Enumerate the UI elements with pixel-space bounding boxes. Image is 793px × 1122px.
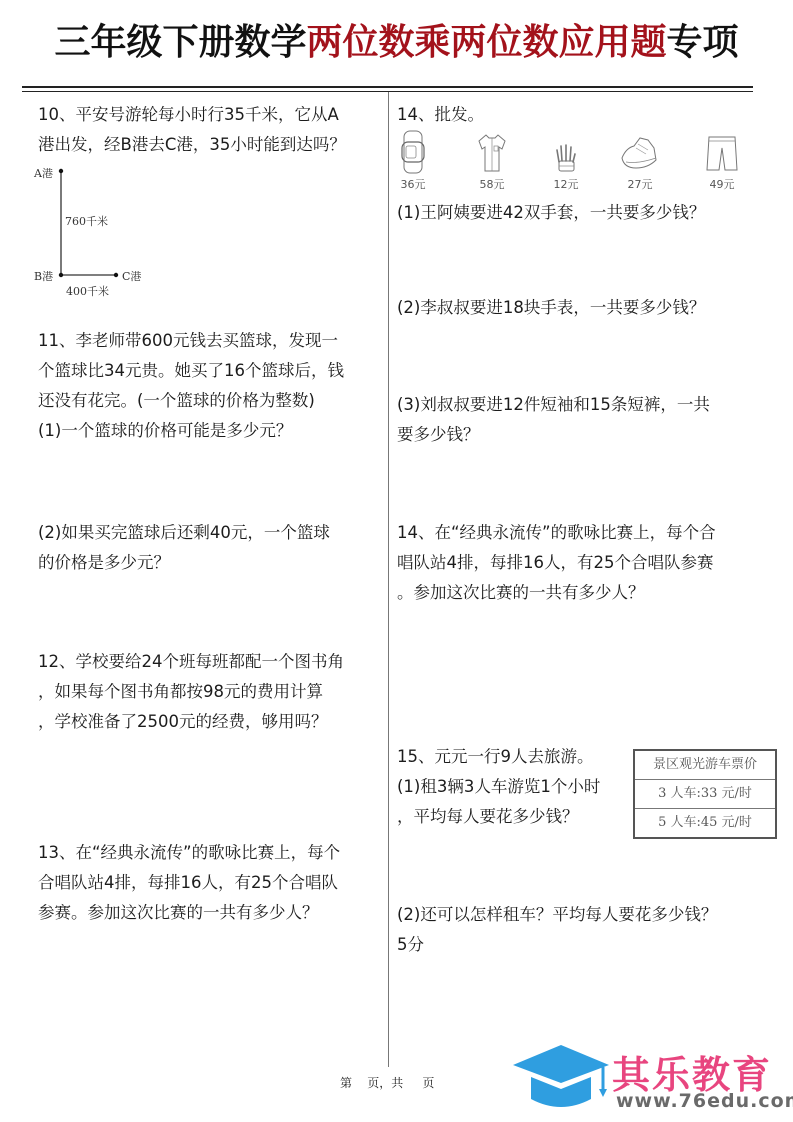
q14-sub-2: (2)李叔叔要进18块手表，一共要多少钱？ [397, 293, 705, 323]
q14-sub-1: (1)王阿姨要进42双手套，一共要多少钱？ [397, 198, 705, 228]
title-part-2-highlight: 两位数乘两位数应用题 [306, 22, 666, 63]
item-sneaker: 27元 [610, 134, 670, 192]
sneaker-icon [618, 134, 662, 174]
q11-line-3: 还没有花完。(一个篮球的价格为整数) [38, 386, 344, 416]
question-12: 12、学校要给24个班每班都配一个图书角 ，如果每个图书角都按98元的费用计算 … [38, 647, 344, 737]
question-14-heading: 14、批发。 [397, 100, 484, 130]
q14-sub-3-line-1: (3)刘叔叔要进12件短袖和15条短裤，一共 [397, 390, 710, 420]
title-part-1: 三年级下册数学 [54, 22, 306, 63]
label-c-port: C港 [122, 268, 141, 284]
price-watch: 36元 [383, 176, 443, 192]
q11-sub-2-line-2: 的价格是多少元？ [38, 548, 330, 578]
q13-line-1: 13、在“经典永流传”的歌咏比赛上，每个 [38, 838, 340, 868]
label-ab-distance: 760千米 [65, 213, 108, 229]
column-divider [388, 92, 389, 1067]
glove-icon [554, 140, 578, 174]
q11-line-1: 11、李老师带600元钱去买篮球，发现一 [38, 326, 344, 356]
q14-sub-3-line-2: 要多少钱？ [397, 420, 710, 450]
q14b-line-1: 14、在“经典永流传”的歌咏比赛上，每个合 [397, 518, 716, 548]
q14-sub-3: (3)刘叔叔要进12件短袖和15条短裤，一共 要多少钱？ [397, 390, 710, 450]
q14b-line-2: 唱队站4排，每排16人，有25个合唱队参赛 [397, 548, 716, 578]
title-part-3: 专项 [667, 22, 739, 63]
question-11-part-2: (2)如果买完篮球后还剩40元，一个篮球 的价格是多少元？ [38, 518, 330, 578]
price-shorts: 49元 [692, 176, 752, 192]
fare-table-title: 景区观光游车票价 [635, 751, 775, 780]
question-14b: 14、在“经典永流传”的歌咏比赛上，每个合 唱队站4排，每排16人，有25个合唱… [397, 518, 716, 608]
q15-sub-2: (2)还可以怎样租车？平均每人要花多少钱？ [397, 900, 717, 930]
q14b-line-3: 。参加这次比赛的一共有多少人？ [397, 578, 716, 608]
header-rule-top [22, 86, 753, 88]
q11-sub-1: (1)一个篮球的价格可能是多少元？ [38, 416, 344, 446]
label-a-port: A港 [34, 165, 53, 181]
page-number-footer: 第 页，共 页 [340, 1074, 434, 1091]
q11-sub-2-line-1: (2)如果买完篮球后还剩40元，一个篮球 [38, 518, 330, 548]
q15-heading: 15、元元一行9人去旅游。 [397, 742, 600, 772]
logo-url: www.76edu.com [616, 1090, 793, 1112]
q12-line-3: ，学校准备了2500元的经费，够用吗？ [38, 707, 344, 737]
item-shorts: 49元 [692, 134, 752, 192]
q12-line-1: 12、学校要给24个班每班都配一个图书角 [38, 647, 344, 677]
question-11: 11、李老师带600元钱去买篮球，发现一 个篮球比34元贵。她买了16个篮球后，… [38, 326, 344, 446]
question-15-part-2: (2)还可以怎样租车？平均每人要花多少钱？ 5分 [397, 900, 717, 960]
shirt-icon [475, 132, 509, 174]
label-b-port: B港 [34, 268, 53, 284]
price-sneaker: 27元 [610, 176, 670, 192]
fare-row-5-seat: 5 人车:45 元/时 [635, 809, 775, 837]
q15-sub-1-line-2: ，平均每人要花多少钱？ [397, 802, 600, 832]
watch-icon [398, 130, 428, 174]
graduation-cap-icon [511, 1043, 616, 1113]
price-shirt: 58元 [462, 176, 522, 192]
question-13: 13、在“经典永流传”的歌咏比赛上，每个 合唱队站4排，每排16人，有25个合唱… [38, 838, 340, 928]
item-watch: 36元 [383, 130, 443, 192]
page-title: 三年级下册数学两位数乘两位数应用题专项 [0, 18, 793, 68]
q15-score: 5分 [397, 930, 717, 960]
label-bc-distance: 400千米 [66, 283, 109, 299]
q10-line-1: 10、平安号游轮每小时行35千米，它从A [38, 100, 346, 130]
fare-table: 景区观光游车票价 3 人车:33 元/时 5 人车:45 元/时 [633, 749, 777, 839]
price-glove: 12元 [536, 176, 596, 192]
q15-sub-1-line-1: (1)租3辆3人车游览1个小时 [397, 772, 600, 802]
item-shirt: 58元 [462, 132, 522, 192]
shorts-icon [704, 134, 740, 174]
q10-line-2: 港出发，经B港去C港，35小时能到达吗？ [38, 130, 346, 160]
q13-line-3: 参赛。参加这次比赛的一共有多少人？ [38, 898, 340, 928]
q12-line-2: ，如果每个图书角都按98元的费用计算 [38, 677, 344, 707]
q11-line-2: 个篮球比34元贵。她买了16个篮球后，钱 [38, 356, 344, 386]
item-glove: 12元 [536, 140, 596, 192]
question-15: 15、元元一行9人去旅游。 (1)租3辆3人车游览1个小时 ，平均每人要花多少钱… [397, 742, 600, 832]
fare-row-3-seat: 3 人车:33 元/时 [635, 780, 775, 809]
question-10: 10、平安号游轮每小时行35千米，它从A 港出发，经B港去C港，35小时能到达吗… [38, 100, 346, 160]
q13-line-2: 合唱队站4排，每排16人，有25个合唱队 [38, 868, 340, 898]
